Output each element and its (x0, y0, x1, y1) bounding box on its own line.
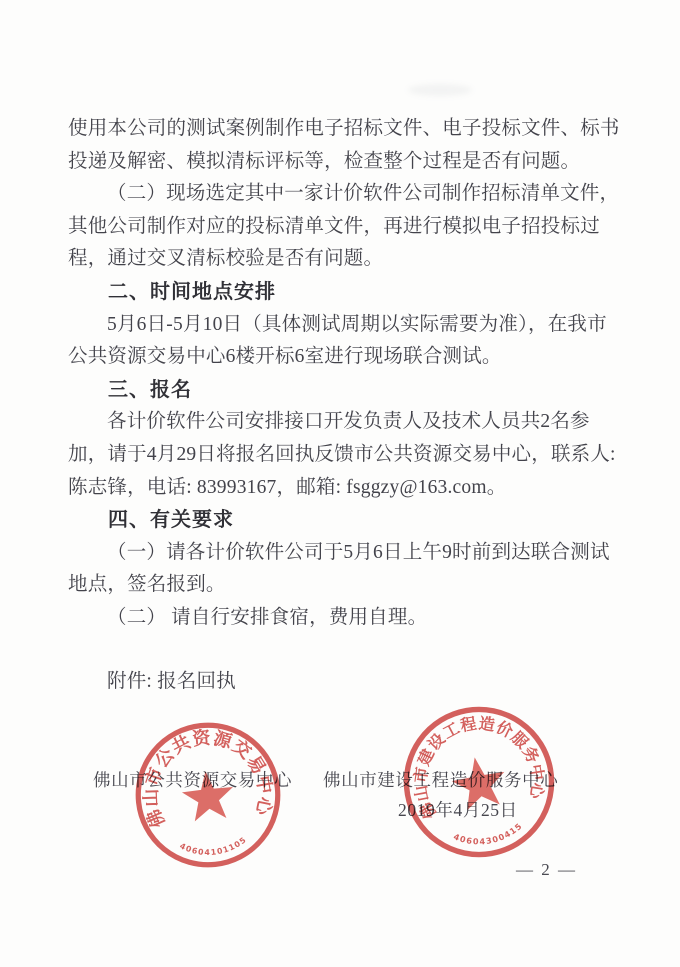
scan-smudge (408, 84, 472, 96)
doc-line: 投递及解密、模拟清标评标等，检查整个过程是否有问题。 (68, 146, 614, 179)
document-body: 使用本公司的测试案例制作电子招标文件、电子投标文件、标书 投递及解密、模拟清标评… (68, 113, 614, 698)
doc-line: 使用本公司的测试案例制作电子招标文件、电子投标文件、标书 (68, 113, 614, 146)
doc-line: 陈志锋，电话: 83993167，邮箱: fsggzy@163.com。 (68, 472, 614, 505)
doc-line: 其他公司制作对应的投标清单文件，再进行模拟电子招投标过 (68, 211, 614, 244)
official-seal-right-icon: 佛山市建设工程造价服务中心 4406043004159 (388, 691, 571, 872)
page-number: — 2 — (516, 860, 577, 880)
section-heading-time-place: 二、时间地点安排 (68, 276, 614, 309)
official-seal-left-icon: 佛山市公共资源交易中心 4406041011057 (126, 713, 291, 878)
doc-line: 加，请于4月29日将报名回执反馈市公共资源交易中心，联系人: (68, 439, 614, 472)
doc-line: 公共资源交易中心6楼开标6室进行现场联合测试。 (68, 341, 614, 374)
seal-star-icon (180, 768, 236, 822)
doc-line: （一）请各计价软件公司于5月6日上午9时前到达联合测试 (68, 537, 614, 570)
document-page: 使用本公司的测试案例制作电子招标文件、电子投标文件、标书 投递及解密、模拟清标评… (0, 0, 680, 967)
doc-line: 各计价软件公司安排接口开发负责人及技术人员共2名参 (68, 406, 614, 439)
section-heading-registration: 三、报名 (68, 374, 614, 407)
doc-line: 程，通过交叉清标校验是否有问题。 (68, 243, 614, 276)
section-heading-requirements: 四、有关要求 (68, 504, 614, 537)
doc-line: 地点，签名报到。 (68, 569, 614, 602)
doc-line: 5月6日-5月10日（具体测试周期以实际需要为准），在我市 (68, 309, 614, 342)
seal-star-icon (448, 753, 509, 812)
doc-line: （二） 请自行安排食宿，费用自理。 (68, 602, 614, 635)
doc-line: （二）现场选定其中一家计价软件公司制作招标清单文件， (68, 178, 614, 211)
